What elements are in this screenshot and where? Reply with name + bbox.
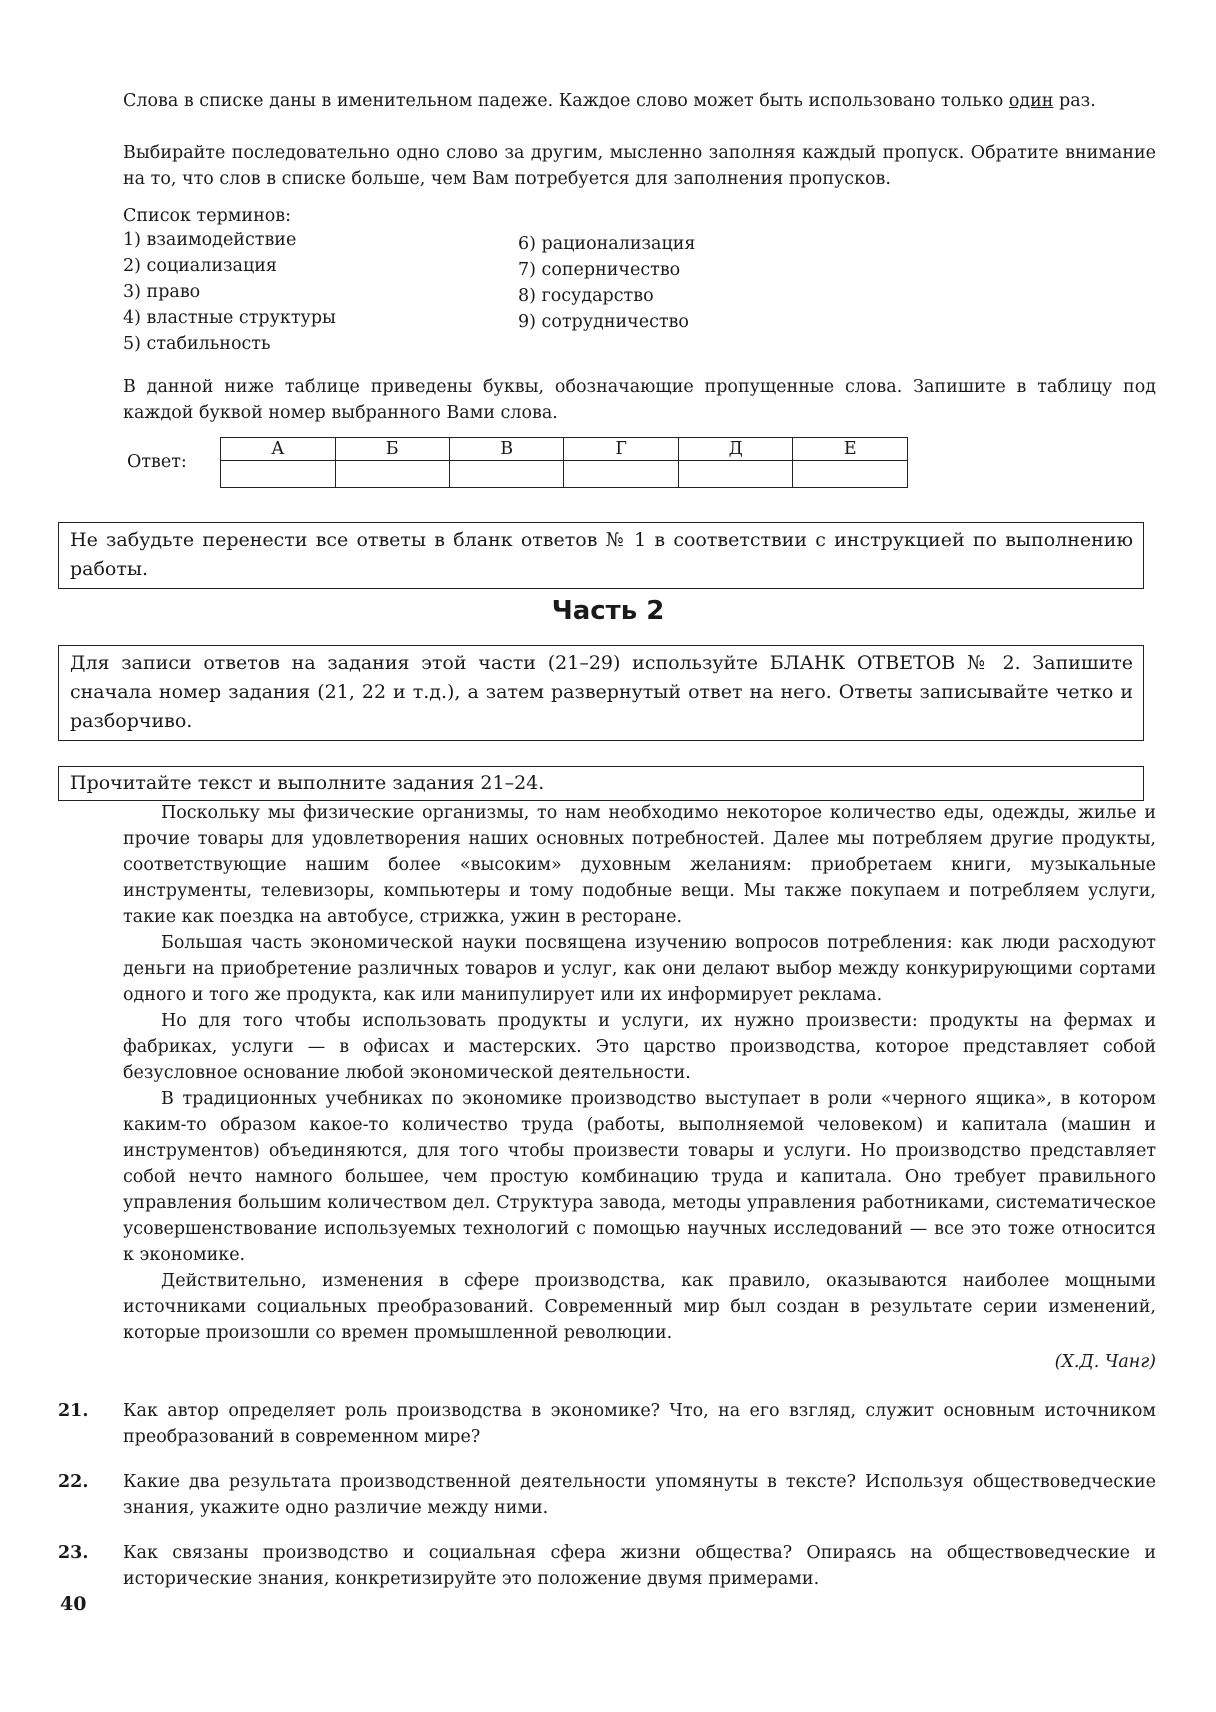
selection-instructions: Выбирайте последовательно одно слово за … bbox=[123, 140, 1156, 192]
answer-letter: Г bbox=[564, 438, 678, 461]
term-item: 5) стабильность bbox=[123, 331, 336, 357]
part-title: Часть 2 bbox=[0, 596, 1216, 626]
answer-cell[interactable] bbox=[335, 461, 449, 488]
passage-author: (Х.Д. Чанг) bbox=[1055, 1352, 1156, 1372]
passage-paragraph: Большая часть экономической науки посвящ… bbox=[123, 930, 1156, 1008]
terms-heading: Список терминов: bbox=[123, 203, 291, 229]
term-item: 7) соперничество bbox=[518, 257, 695, 283]
answer-cell[interactable] bbox=[793, 461, 908, 488]
passage-paragraph: Действительно, изменения в сфере произво… bbox=[123, 1268, 1156, 1346]
intro-text-end: раз. bbox=[1053, 91, 1095, 111]
page-number: 40 bbox=[60, 1593, 86, 1615]
intro-text: Слова в списке даны в именительном падеж… bbox=[123, 91, 1009, 111]
table-instructions: В данной ниже таблице приведены буквы, о… bbox=[123, 374, 1156, 426]
terms-list-left: 1) взаимодействие 2) социализация 3) пра… bbox=[123, 227, 336, 357]
term-item: 3) право bbox=[123, 279, 336, 305]
answer-cell[interactable] bbox=[221, 461, 336, 488]
passage-paragraph: Поскольку мы физические организмы, то на… bbox=[123, 800, 1156, 930]
answer-table: А Б В Г Д Е bbox=[220, 437, 908, 488]
terms-list-right: 6) рационализация 7) соперничество 8) го… bbox=[518, 231, 695, 335]
answer-values-row bbox=[221, 461, 908, 488]
question-text: Как связаны производство и социальная сф… bbox=[123, 1540, 1156, 1592]
answer-letters-row: А Б В Г Д Е bbox=[221, 438, 908, 461]
answer-letter: Б bbox=[335, 438, 449, 461]
reminder-box: Не забудьте перенести все ответы в бланк… bbox=[58, 522, 1144, 589]
exam-page: Слова в списке даны в именительном падеж… bbox=[0, 0, 1216, 1712]
reading-passage: Поскольку мы физические организмы, то на… bbox=[123, 800, 1156, 1346]
intro-paragraph: Слова в списке даны в именительном падеж… bbox=[123, 88, 1156, 114]
passage-paragraph: Но для того чтобы использовать продукты … bbox=[123, 1008, 1156, 1086]
question-text: Как автор определяет роль производства в… bbox=[123, 1398, 1156, 1450]
term-item: 4) властные структуры bbox=[123, 305, 336, 331]
question-text: Какие два результата производственной де… bbox=[123, 1469, 1156, 1521]
read-prompt-box: Прочитайте текст и выполните задания 21–… bbox=[58, 766, 1144, 801]
term-item: 8) государство bbox=[518, 283, 695, 309]
question-number: 21. bbox=[58, 1398, 88, 1424]
term-item: 9) сотрудничество bbox=[518, 309, 695, 335]
answer-label: Ответ: bbox=[127, 452, 187, 472]
answer-letter: Д bbox=[678, 438, 793, 461]
answer-letter: В bbox=[449, 438, 563, 461]
answer-cell[interactable] bbox=[564, 461, 678, 488]
question-number: 23. bbox=[58, 1540, 88, 1566]
question-23: 23. Как связаны производство и социальна… bbox=[58, 1540, 1156, 1592]
intro-underlined-word: один bbox=[1009, 91, 1054, 111]
question-22: 22. Какие два результата производственно… bbox=[58, 1469, 1156, 1521]
answer-letter: Е bbox=[793, 438, 908, 461]
term-item: 6) рационализация bbox=[518, 231, 695, 257]
answer-cell[interactable] bbox=[678, 461, 793, 488]
question-number: 22. bbox=[58, 1469, 88, 1495]
term-item: 2) социализация bbox=[123, 253, 336, 279]
question-21: 21. Как автор определяет роль производст… bbox=[58, 1398, 1156, 1450]
part2-instructions-box: Для записи ответов на задания этой части… bbox=[58, 645, 1144, 741]
term-item: 1) взаимодействие bbox=[123, 227, 336, 253]
answer-letter: А bbox=[221, 438, 336, 461]
passage-paragraph: В традиционных учебниках по экономике пр… bbox=[123, 1086, 1156, 1268]
answer-cell[interactable] bbox=[449, 461, 563, 488]
